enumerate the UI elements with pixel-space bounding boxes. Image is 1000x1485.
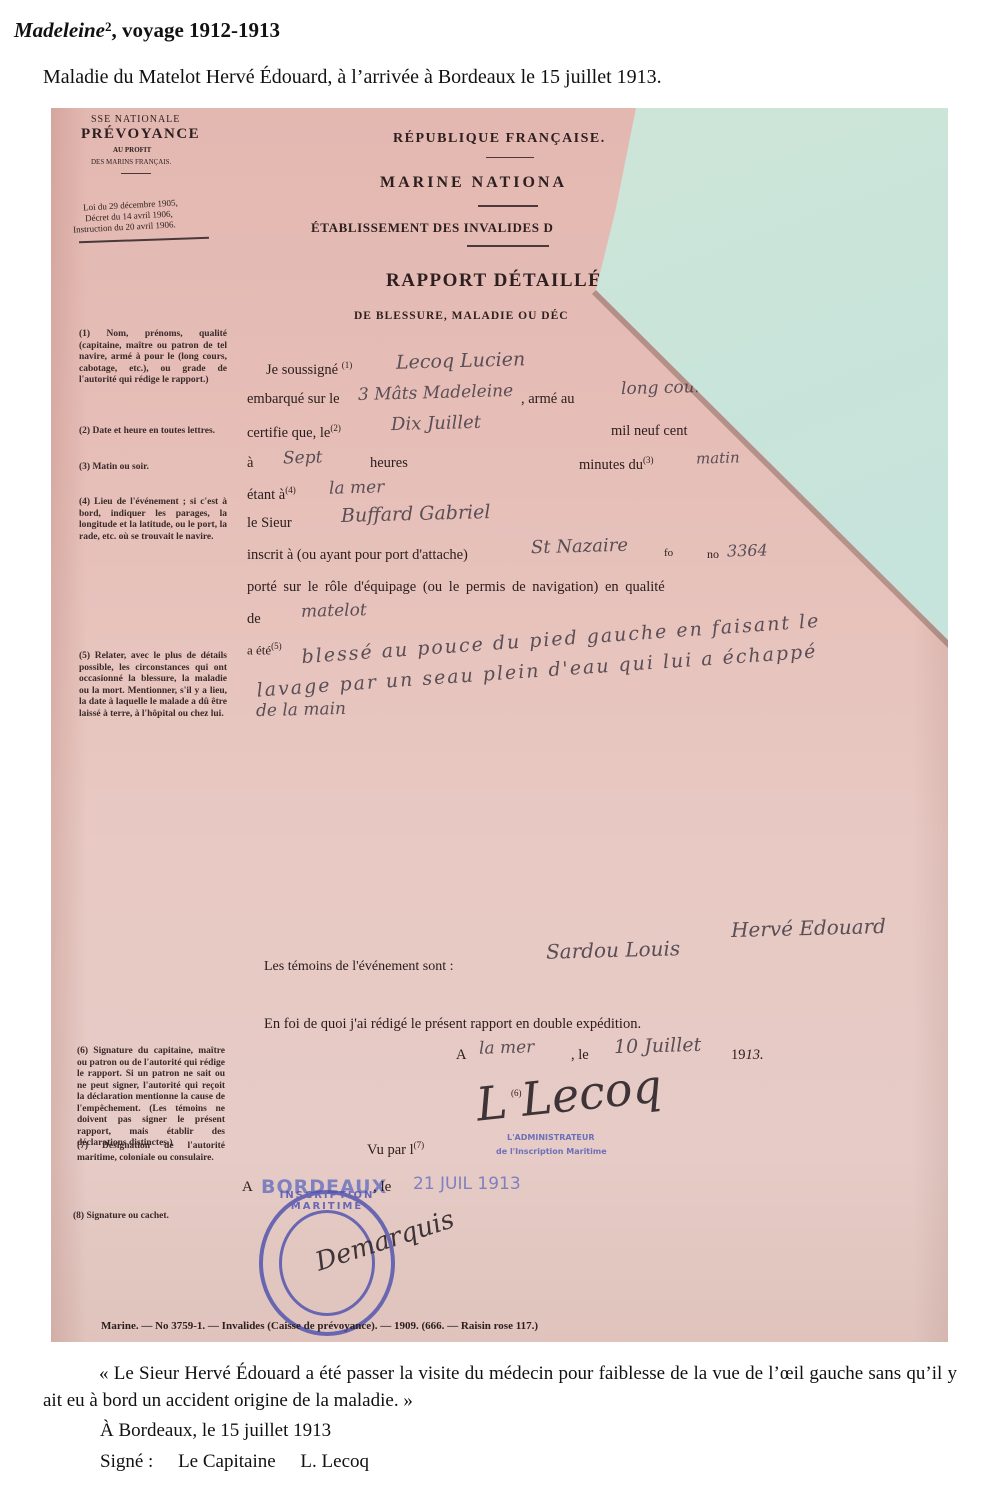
transcription-place-date: À Bordeaux, le 15 juillet 1913 bbox=[100, 1418, 331, 1444]
margin-note-8: (8) Signature ou cachet. bbox=[73, 1211, 221, 1223]
heading-marine: MARINE NATIONA bbox=[380, 174, 567, 192]
document-photo: SSE NATIONALE PRÉVOYANCE AU PROFIT DES M… bbox=[51, 108, 948, 1342]
transcription-signed: Signé : Le Capitaine L. Lecoq bbox=[100, 1449, 389, 1475]
label-minutes: minutes du(3) bbox=[579, 455, 654, 474]
label-a-ville: A bbox=[242, 1179, 253, 1196]
value-temoin-2: Hervé Edouard bbox=[731, 914, 887, 942]
margin-note-5: (5) Relater, avec le plus de détails pos… bbox=[79, 651, 227, 720]
corner-marins: DES MARINS FRANÇAIS. bbox=[91, 158, 171, 166]
stamp-administrateur: L'ADMINISTRATEUR bbox=[507, 1133, 595, 1142]
label-a: à bbox=[247, 455, 253, 472]
value-a-ete-3: de la main bbox=[256, 699, 346, 721]
label-arme: , armé au bbox=[521, 391, 575, 408]
transcription-quote: « Le Sieur Hervé Édouard a été passer la… bbox=[43, 1360, 957, 1414]
value-soussigne: Lecoq Lucien bbox=[396, 348, 526, 373]
stamp-inscription: de l'Inscription Maritime bbox=[496, 1147, 607, 1156]
margin-note-7: (7) Désignation de l'autorité maritime, … bbox=[77, 1141, 225, 1164]
value-embarque: 3 Mâts Madeleine bbox=[358, 381, 514, 405]
label-temoins: Les témoins de l'événement sont : bbox=[264, 959, 454, 975]
document-caption: Maladie du Matelot Hervé Édouard, à l’ar… bbox=[43, 64, 662, 90]
heading-subtitle: DE BLESSURE, MALADIE OU DÉC bbox=[354, 310, 569, 322]
heading-rule-1 bbox=[486, 157, 534, 158]
value-date: 10 Juillet bbox=[614, 1034, 702, 1058]
heading-rapport: RAPPORT DÉTAILLÉ bbox=[386, 270, 602, 292]
corner-prevoyance: PRÉVOYANCE bbox=[81, 126, 200, 143]
label-etant: étant à(4) bbox=[247, 485, 296, 504]
label-le: , le bbox=[571, 1047, 589, 1064]
value-certifie: Dix Juillet bbox=[391, 412, 482, 435]
corner-rule bbox=[121, 173, 151, 174]
label-inscrit: inscrit à (ou ayant pour port d'attache) bbox=[247, 547, 468, 564]
label-embarque: embarqué sur le bbox=[247, 391, 340, 408]
value-lieu: la mer bbox=[479, 1037, 535, 1058]
margin-note-3: (3) Matin ou soir. bbox=[79, 462, 227, 474]
footer-print: Marine. — No 3759-1. — Invalides (Caisse… bbox=[101, 1320, 538, 1332]
value-inscrit: St Nazaire bbox=[531, 535, 629, 559]
margin-note-1: (1) Nom, prénoms, qualité (capitaine, ma… bbox=[79, 329, 227, 387]
label-year: 1913. bbox=[731, 1047, 764, 1064]
label-folio: fo bbox=[664, 547, 673, 559]
heading-rule-3 bbox=[467, 245, 549, 247]
signed-role: Le Capitaine bbox=[178, 1451, 276, 1472]
value-heure: Sept bbox=[283, 447, 323, 468]
label-sieur: le Sieur bbox=[247, 515, 292, 532]
label-a-ete: a été(5) bbox=[247, 641, 282, 658]
value-minutes: matin bbox=[696, 448, 740, 467]
label-soussigne: Je soussigné (1) bbox=[266, 360, 352, 379]
stamp-date: 21 JUIL 1913 bbox=[413, 1174, 521, 1194]
label-numero: no bbox=[707, 547, 719, 562]
value-etant: la mer bbox=[329, 477, 385, 498]
heading-etablissement: ÉTABLISSEMENT DES INVALIDES D bbox=[311, 220, 553, 236]
label-de: de bbox=[247, 611, 261, 628]
value-numero: 3364 bbox=[727, 540, 768, 560]
heading-republique: RÉPUBLIQUE FRANÇAISE. bbox=[393, 131, 606, 147]
label-en-foi: En foi de quoi j'ai rédigé le présent ra… bbox=[264, 1016, 641, 1033]
ship-name: Madeleine bbox=[14, 18, 105, 42]
label-porte: porté sur le rôle d'équipage (ou le perm… bbox=[247, 579, 665, 596]
value-temoin-1: Sardou Louis bbox=[546, 936, 681, 964]
title-rest: , voyage 1912-1913 bbox=[111, 18, 280, 42]
heading-rule-2 bbox=[478, 205, 538, 207]
margin-note-2: (2) Date et heure en toutes lettres. bbox=[79, 426, 227, 438]
value-sieur: Buffard Gabriel bbox=[341, 501, 491, 527]
signed-name: L. Lecoq bbox=[300, 1451, 369, 1472]
corner-au-profit: AU PROFIT bbox=[113, 146, 151, 154]
label-heures: heures bbox=[370, 455, 408, 472]
label-certifie: certifie que, le(2) bbox=[247, 423, 341, 442]
margin-note-6: (6) Signature du capitaine, maître ou pa… bbox=[77, 1046, 225, 1150]
margin-note-4: (4) Lieu de l'événement ; si c'est à bor… bbox=[79, 497, 227, 543]
seal-text: INSCRIPTION MARITIME bbox=[263, 1190, 391, 1212]
label-a-lieu: A bbox=[456, 1047, 466, 1064]
label-mil-neuf-cent: mil neuf cent bbox=[611, 423, 688, 440]
corner-caisse: SSE NATIONALE bbox=[91, 114, 180, 125]
signed-label: Signé : bbox=[100, 1451, 153, 1472]
page-title: Madeleine2, voyage 1912-1913 bbox=[14, 14, 280, 43]
value-qualite: matelot bbox=[301, 600, 367, 622]
label-vu-par: Vu par l(7) bbox=[367, 1140, 424, 1159]
